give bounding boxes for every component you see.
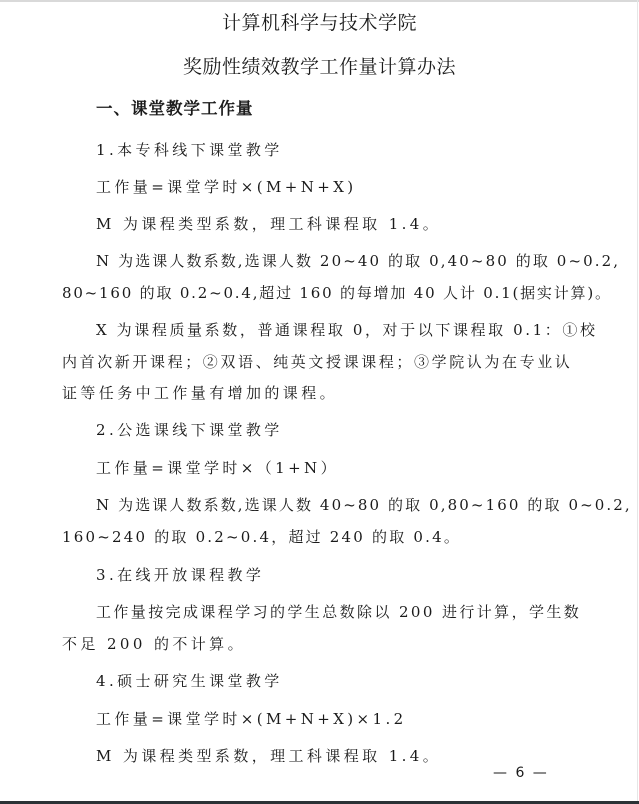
subsection-4-formula: 工作量=课堂学时×(M+N+X)×1.2 (96, 709, 407, 729)
subsection-2-heading: 2.公选课线下课堂教学 (96, 420, 283, 440)
subsection-4-m-description: M 为课程类型系数，理工科课程取 1.4。 (96, 746, 441, 766)
subsection-1-m-description: M 为课程类型系数，理工科课程取 1.4。 (96, 214, 441, 234)
page-right-border (637, 0, 638, 804)
subsection-2-n-description-line1: N 为选课人数系数,选课人数 40~80 的取 0,80~160 的取 0~0.… (96, 495, 632, 515)
document-title-subject: 奖励性绩效教学工作量计算办法 (0, 55, 639, 79)
document-title-institution: 计算机科学与技术学院 (0, 11, 639, 35)
section-heading: 一、课堂教学工作量 (96, 98, 254, 120)
subsection-1-n-description-line2: 80~160 的取 0.2~0.4,超过 160 的每增加 40 人计 0.1(… (62, 283, 612, 303)
subsection-3-heading: 3.在线开放课程教学 (96, 565, 264, 585)
subsection-2-formula: 工作量=课堂学时×（1+N） (96, 458, 339, 478)
subsection-1-formula: 工作量=课堂学时×(M+N+X) (96, 177, 357, 197)
subsection-2-n-description-line2: 160~240 的取 0.2~0.4，超过 240 的取 0.4。 (62, 527, 461, 547)
subsection-1-x-description-line1: X 为课程质量系数，普通课程取 0，对于以下课程取 0.1：①校 (96, 320, 598, 340)
subsection-4-heading: 4.硕士研究生课堂教学 (96, 671, 283, 691)
page-number: — 6 — (493, 765, 549, 781)
subsection-1-heading: 1.本专科线下课堂教学 (96, 140, 283, 160)
subsection-1-x-description-line2: 内首次新开课程；②双语、纯英文授课课程；③学院认为在专业认 (62, 352, 572, 372)
subsection-1-x-description-line3: 证等任务中工作量有增加的课程。 (62, 383, 338, 403)
subsection-1-n-description-line1: N 为选课人数系数,选课人数 20~40 的取 0,40~80 的取 0~0.2… (96, 251, 620, 271)
subsection-3-description-line2: 不足 200 的不计算。 (62, 634, 246, 654)
subsection-3-description-line1: 工作量按完成课程学习的学生总数除以 200 进行计算，学生数 (96, 602, 581, 622)
page-top-border (0, 0, 639, 2)
